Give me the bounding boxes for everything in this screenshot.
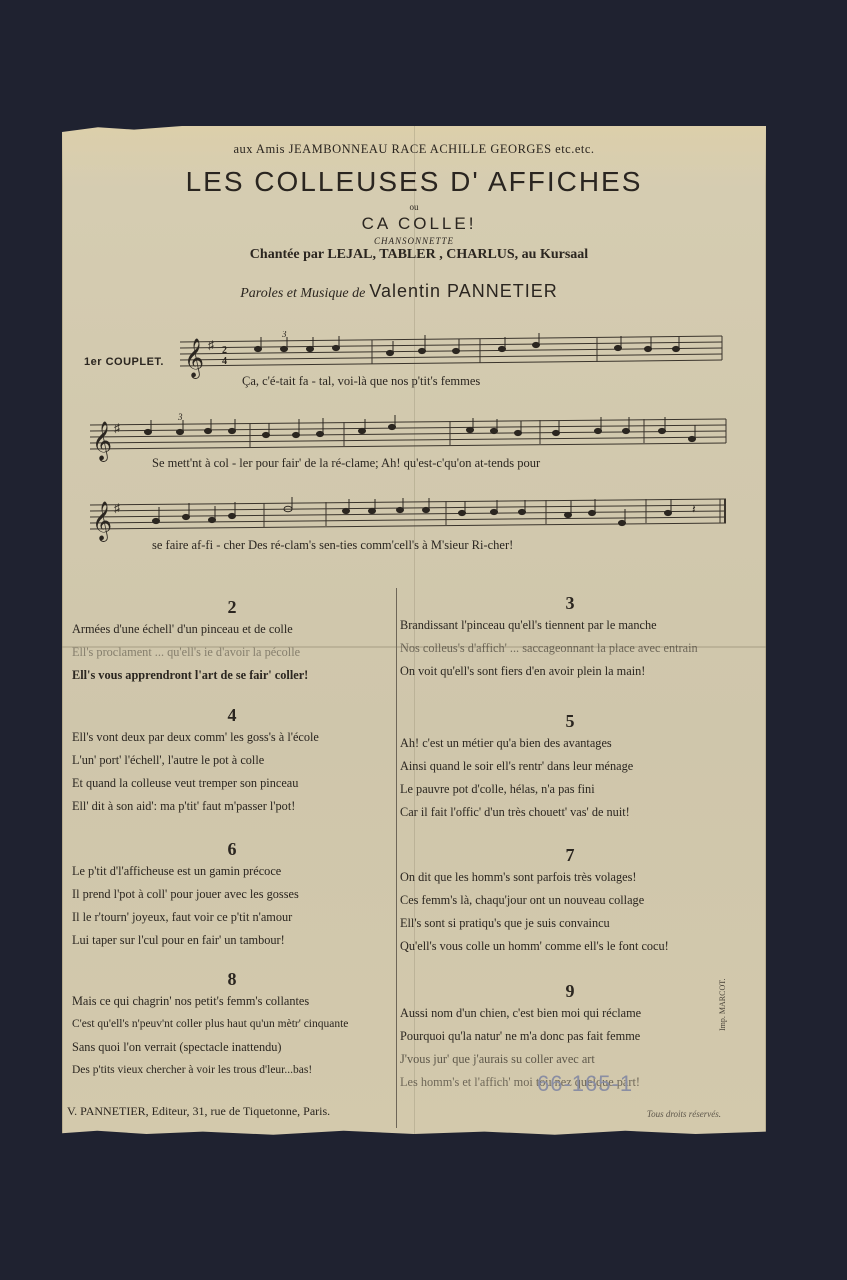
stanza-line: Et quand la colleuse veut tremper son pi…: [72, 772, 392, 795]
stanza-number: 7: [400, 844, 740, 866]
lyrics-line-3: se faire af-fi - cher Des ré-clam's sen-…: [152, 538, 513, 553]
publisher-imprint: V. PANNETIER, Editeur, 31, rue de Tiquet…: [67, 1104, 330, 1119]
title-conjunction: ou: [62, 202, 766, 212]
svg-text:2: 2: [222, 345, 227, 356]
stanza-line: Ell's vont deux par deux comm' les goss'…: [72, 726, 392, 749]
svg-text:♯: ♯: [114, 501, 120, 515]
stanza-line: Mais ce qui chagrin' nos petit's femm's …: [72, 990, 392, 1013]
stanza-line: Ces femm's là, chaqu'jour ont un nouveau…: [400, 889, 740, 912]
author-credit: Paroles et Musique de Valentin PANNETIER: [62, 281, 766, 302]
stanza-4: 4 Ell's vont deux par deux comm' les gos…: [72, 704, 392, 818]
stanza-line: Brandissant l'pinceau qu'ell's tiennent …: [400, 614, 740, 637]
stanza-line: J'vous jur' que j'aurais su coller avec …: [400, 1048, 740, 1071]
column-divider: [396, 588, 397, 1128]
stanza-2: 2 Armées d'une échell' d'un pinceau et d…: [72, 596, 392, 687]
stanza-line: Nos colleus's d'affich' ... saccageonnan…: [400, 637, 740, 660]
stanza-5: 5 Ah! c'est un métier qu'a bien des avan…: [400, 710, 740, 824]
stanza-line: Le pauvre pot d'colle, hélas, n'a pas fi…: [400, 778, 740, 801]
stanza-number: 6: [72, 838, 392, 860]
stanza-line: Sans quoi l'on verrait (spectacle inatte…: [72, 1036, 392, 1059]
dedication: aux Amis JEAMBONNEAU RACE ACHILLE GEORGE…: [62, 142, 766, 157]
stanza-line: On voit qu'ell's sont fiers d'en avoir p…: [400, 660, 740, 683]
stanza-line: Ell's vous apprendront l'art de se fair'…: [72, 664, 392, 687]
author-name: Valentin PANNETIER: [369, 281, 557, 301]
stanza-line: Aussi nom d'un chien, c'est bien moi qui…: [400, 1002, 740, 1025]
lyrics-line-1: Ça, c'é-tait fa - tal, voi-là que nos p'…: [242, 374, 480, 389]
stanza-line: Il prend l'pot à coll' pour jouer avec l…: [72, 883, 392, 906]
sheet-music-page: aux Amis JEAMBONNEAU RACE ACHILLE GEORGE…: [62, 126, 766, 1138]
svg-text:♯: ♯: [114, 421, 120, 435]
treble-clef-icon: 𝄞: [92, 502, 112, 542]
stanza-line: C'est qu'ell's n'peuv'nt coller plus hau…: [72, 1013, 392, 1036]
song-title: LES COLLEUSES D' AFFICHES: [62, 166, 766, 198]
inventory-number: 66-165-1: [537, 1071, 633, 1097]
lyrics-line-2: Se mett'nt à col - ler pour fair' de la …: [152, 456, 540, 471]
stanza-line: Qu'ell's vous colle un homm' comme ell's…: [400, 935, 740, 958]
stanza-7: 7 On dit que les homm's sont parfois trè…: [400, 844, 740, 958]
treble-clef-icon: 𝄞: [92, 422, 112, 462]
stanza-line: Des p'tits vieux chercher à voir les tro…: [72, 1059, 392, 1082]
stanza-3: 3 Brandissant l'pinceau qu'ell's tiennen…: [400, 592, 740, 683]
stanza-line: Ell' dit à son aid': ma p'tit' faut m'pa…: [72, 795, 392, 818]
stanza-line: Ah! c'est un métier qu'a bien des avanta…: [400, 732, 740, 755]
stanza-line: On dit que les homm's sont parfois très …: [400, 866, 740, 889]
stanza-number: 3: [400, 592, 740, 614]
author-prefix: Paroles et Musique de: [240, 286, 365, 301]
svg-text:♯: ♯: [208, 338, 214, 352]
treble-clef-icon: 𝄞: [184, 339, 204, 379]
stanza-line: Ell's sont si pratiqu's que je suis conv…: [400, 912, 740, 935]
rights-notice: Tous droits réservés.: [647, 1109, 721, 1119]
svg-text:3: 3: [281, 331, 287, 339]
svg-text:3: 3: [177, 412, 183, 422]
song-subtitle: CA COLLE!: [62, 214, 766, 234]
stanza-line: Il le r'tourn' joyeux, faut voir ce p'ti…: [72, 906, 392, 929]
stanza-line: Armées d'une échell' d'un pinceau et de …: [72, 618, 392, 641]
stanza-line: L'un' port' l'échell', l'autre le pot à …: [72, 749, 392, 772]
stanza-line: Car il fait l'offic' d'un très chouett' …: [400, 801, 740, 824]
stanza-line: Lui taper sur l'cul pour en fair' un tam…: [72, 929, 392, 952]
stanza-number: 9: [400, 980, 740, 1002]
performers: Chantée par LEJAL, TABLER , CHARLUS, au …: [62, 247, 766, 263]
genre-label: CHANSONNETTE: [62, 236, 766, 246]
quarter-rest-icon: 𝄽: [692, 502, 696, 516]
stanza-line: Pourquoi qu'la natur' ne m'a donc pas fa…: [400, 1025, 740, 1048]
stanza-line: Ainsi quand le soir ell's rentr' dans le…: [400, 755, 740, 778]
stanza-number: 5: [400, 710, 740, 732]
stanza-number: 4: [72, 704, 392, 726]
stanza-number: 2: [72, 596, 392, 618]
stanza-6: 6 Le p'tit d'l'afficheuse est un gamin p…: [72, 838, 392, 952]
stanza-line: Le p'tit d'l'afficheuse est un gamin pré…: [72, 860, 392, 883]
printer-credit: Imp. MARCOT.: [718, 978, 727, 1031]
stanza-number: 8: [72, 968, 392, 990]
stanza-8: 8 Mais ce qui chagrin' nos petit's femm'…: [72, 968, 392, 1082]
svg-text:4: 4: [222, 356, 227, 367]
stanza-line: Ell's proclament ... qu'ell's ie d'avoir…: [72, 641, 392, 664]
